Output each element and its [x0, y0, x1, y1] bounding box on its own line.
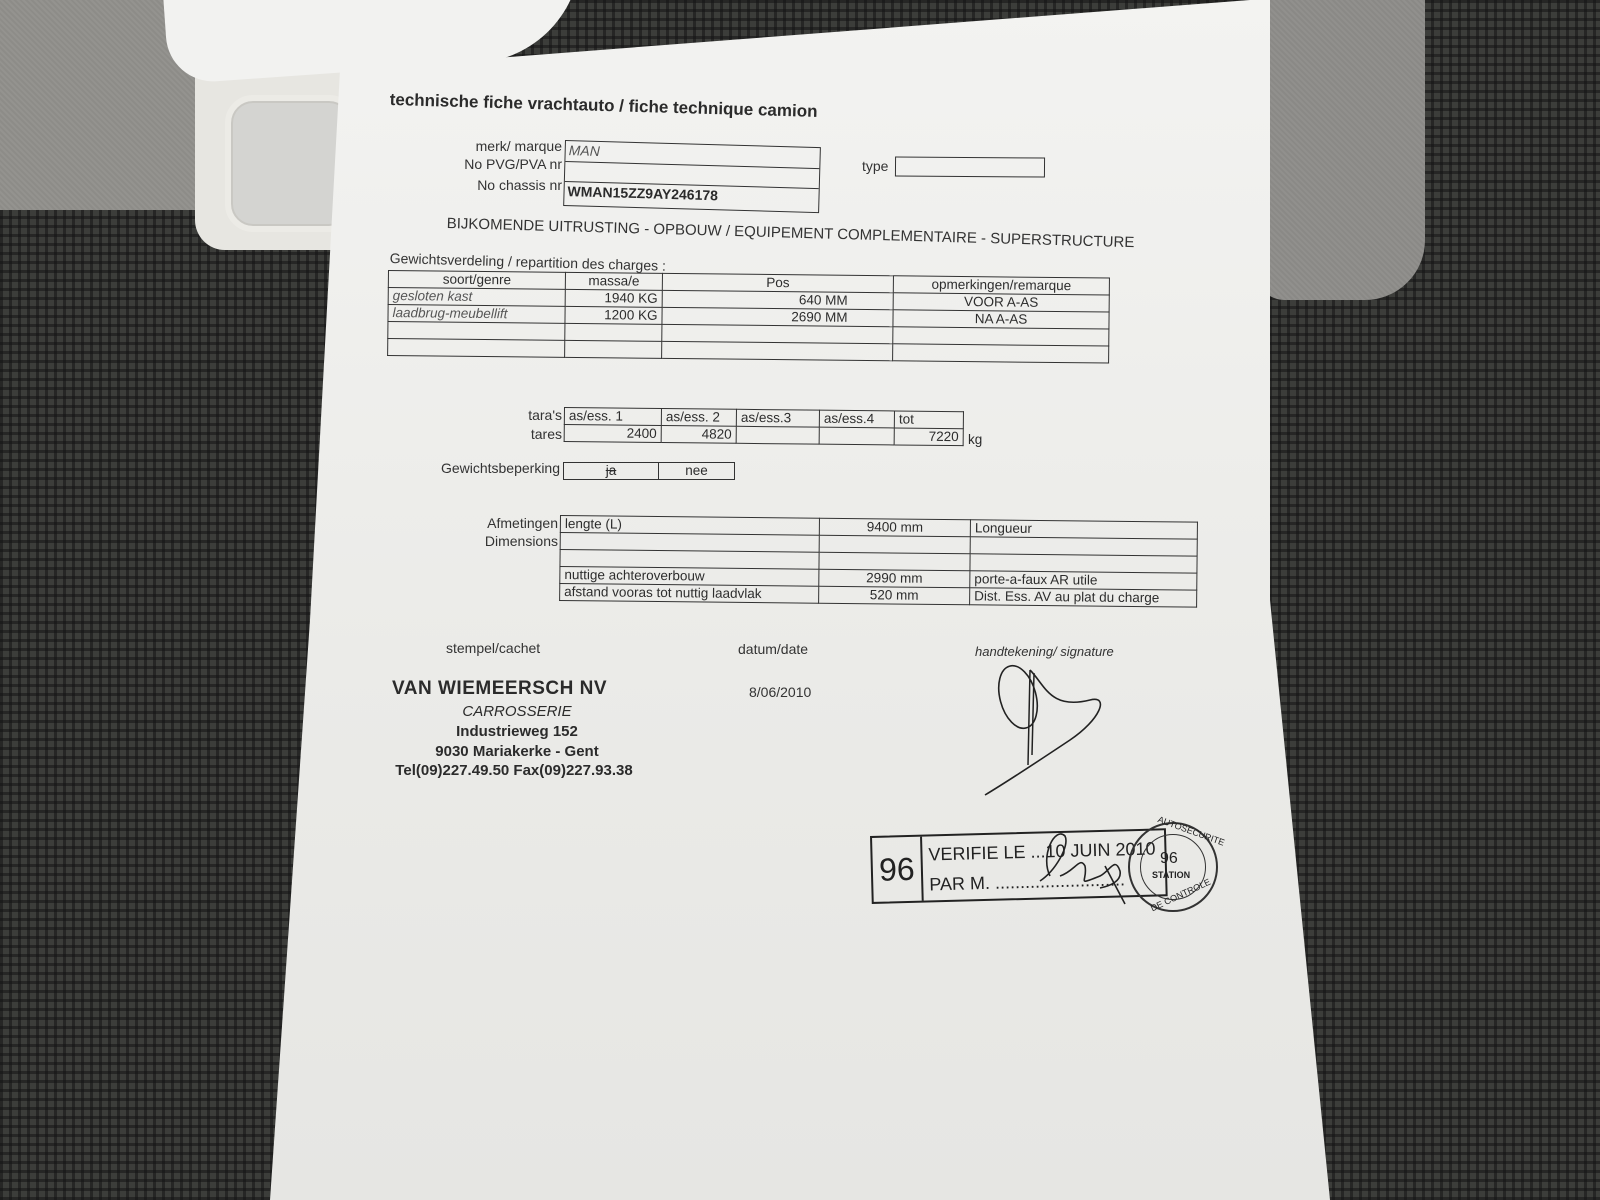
weight-limit-options: ja nee [563, 462, 735, 480]
mass-unit: KG [638, 308, 658, 323]
header-mass: massa/e [565, 272, 662, 290]
chassis-label: No chassis nr [430, 177, 562, 193]
type-label: type [862, 158, 888, 174]
row-mass: 1200 KG [565, 306, 662, 324]
dimensions-label-nl: Afmetingen [450, 515, 558, 531]
dimension-value [819, 535, 970, 554]
station-circle-stamp: AUTOSECURITE 96 STATION DE CONTROLE [1128, 822, 1218, 912]
row-mass: 1940 KG [565, 289, 662, 307]
total-value: 7220 [894, 428, 963, 446]
weight-limit-label: Gewichtsbeperking [420, 460, 560, 476]
dimension-value: 2990 mm [819, 569, 970, 588]
section-heading: BIJKOMENDE UITRUSTING - OPBOUW / EQUIPEM… [447, 215, 1135, 251]
dimensions-label-fr: Dimensions [450, 533, 558, 549]
technical-sheet: technische fiche vrachtauto / fiche tech… [0, 0, 1600, 1200]
dimension-name-fr: Longueur [970, 520, 1197, 539]
weight-distribution-table: soort/genre massa/e Pos opmerkingen/rema… [387, 270, 1110, 364]
axle-1-value: 2400 [564, 425, 661, 443]
axle-2-header: as/ess. 2 [661, 409, 736, 427]
dimension-name: lengte (L) [560, 516, 819, 536]
row-mass [565, 323, 662, 341]
document-title: technische fiche vrachtauto / fiche tech… [389, 90, 817, 122]
mass-unit: KG [638, 291, 658, 306]
company-city: 9030 Mariakerke - Gent [392, 743, 642, 760]
header-type: soort/genre [388, 271, 565, 290]
row-type [388, 322, 565, 341]
company-subtitle: CARROSSERIE [392, 703, 642, 720]
row-type: laadbrug-meubellift [388, 305, 565, 324]
chassis-value: WMAN15ZZ9AY246178 [567, 183, 718, 203]
company-street: Industrieweg 152 [392, 723, 642, 740]
mass-value: 1940 [604, 290, 634, 305]
dimension-name-fr: porte-a-faux AR utile [970, 571, 1197, 590]
dimension-name-fr: Dist. Ess. AV au plat du charge [970, 588, 1197, 607]
date-value: 8/06/2010 [749, 684, 811, 700]
company-contact: Tel(09)227.49.50 Fax(09)227.93.38 [384, 762, 644, 779]
dimensions-table: lengte (L) 9400 mm Longueur nuttige acht… [559, 515, 1198, 608]
row-type: gesloten kast [388, 288, 565, 307]
row-remark [893, 344, 1109, 363]
row-type [388, 339, 565, 358]
station-number: 96 [872, 837, 924, 902]
tares-unit: kg [968, 432, 982, 447]
dimension-value: 9400 mm [819, 518, 970, 537]
inspector-signature-icon [1030, 826, 1140, 906]
mass-value: 1200 [604, 307, 634, 322]
tares-label-nl: tara's [500, 407, 562, 423]
row-mass [565, 340, 662, 358]
axle-1-header: as/ess. 1 [564, 408, 661, 426]
signature-icon [970, 655, 1120, 805]
axle-4-header: as/ess.4 [819, 410, 894, 428]
dimension-name: afstand vooras tot nuttig laadvlak [560, 584, 819, 604]
axle-3-value [736, 426, 819, 444]
date-label: datum/date [738, 641, 808, 657]
brand-value: MAN [568, 142, 600, 159]
circle-station: STATION [1152, 870, 1190, 880]
dimension-value [819, 552, 970, 571]
weight-limit-row: ja nee [564, 463, 735, 480]
circle-number: 96 [1160, 850, 1178, 868]
axle-3-header: as/ess.3 [736, 409, 819, 427]
tares-label-fr: tares [500, 426, 562, 442]
pvg-label: No PVG/PVA nr [430, 156, 562, 172]
dimension-name: nuttige achteroverbouw [560, 567, 819, 587]
identification-box: MAN WMAN15ZZ9AY246178 [563, 140, 821, 213]
option-ja: ja [564, 463, 659, 480]
axle-4-value [819, 427, 894, 445]
type-field [895, 156, 1045, 177]
option-nee: nee [659, 463, 735, 480]
dimension-value: 520 mm [819, 586, 970, 605]
axle-2-value: 4820 [661, 426, 736, 444]
company-name: VAN WIEMEERSCH NV [392, 678, 607, 700]
total-header: tot [894, 411, 963, 429]
brand-label: merk/ marque [430, 138, 562, 154]
tares-table: as/ess. 1 as/ess. 2 as/ess.3 as/ess.4 to… [564, 407, 964, 446]
row-pos [662, 341, 893, 360]
stamp-label: stempel/cachet [446, 640, 540, 656]
tares-values-row: 2400 4820 7220 [564, 425, 963, 446]
